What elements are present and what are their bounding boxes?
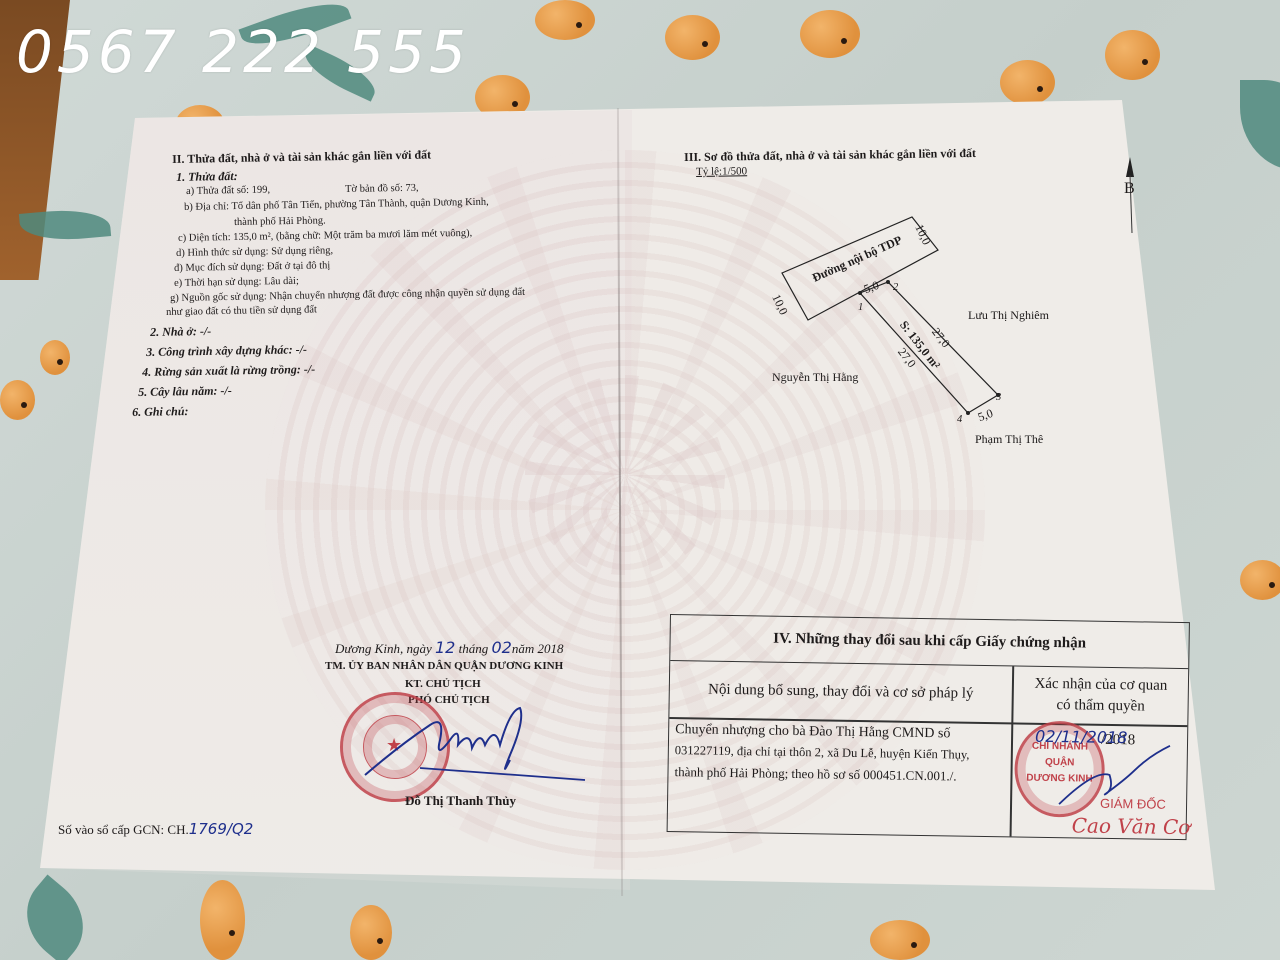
registry-value: 1769/Q2: [189, 820, 254, 838]
drum-star-watermark: [525, 375, 725, 575]
neighbor-left: Nguyễn Thị Hằng: [772, 370, 858, 385]
authority-role-1: KT. CHỦ TỊCH: [405, 678, 481, 690]
parcel-address-city: thành phố Hải Phòng.: [234, 215, 326, 228]
registry-number: Số vào sổ cấp GCN: CH.1769/Q2: [58, 820, 253, 838]
confirmation-role: GIÁM ĐỐC: [1100, 796, 1166, 813]
point-4: 4: [957, 414, 962, 425]
signer-name: Đỗ Thị Thanh Thủy: [405, 793, 516, 809]
orange-fruit-print: [40, 340, 70, 375]
orange-fruit-print: [800, 10, 860, 58]
changes-table-title: IV. Những thay đổi sau khi cấp Giấy chứn…: [670, 615, 1189, 669]
point-2: 2: [893, 282, 898, 293]
signature-do-thi-thanh-thuy: [360, 700, 600, 790]
parcel-heading: 1. Thửa đất:: [176, 169, 238, 185]
phone-watermark: 0567 222 555: [16, 18, 470, 86]
map-sheet-number: Tờ bản đồ số: 73,: [345, 183, 419, 195]
signing-year: năm 2018: [512, 641, 564, 656]
column-header-confirmation-line1: Xác nhận của cơ quan: [1034, 674, 1167, 697]
changes-table: IV. Những thay đổi sau khi cấp Giấy chứn…: [667, 614, 1190, 840]
item-production-forest: 4. Rừng sản xuất là rừng trồng: -/-: [142, 362, 315, 380]
item-notes: 6. Ghi chú:: [132, 404, 189, 420]
confirmation-signer: Cao Văn Cơ: [1072, 813, 1191, 839]
orange-fruit-print: [1000, 60, 1055, 105]
neighbor-back: Phạm Thị Thê: [975, 432, 1043, 447]
orange-fruit-print: [0, 380, 35, 420]
signing-month: 02: [491, 638, 511, 657]
neighbor-right: Lưu Thị Nghiêm: [968, 308, 1049, 323]
signing-month-label: tháng: [459, 641, 489, 656]
map-scale: Tỷ lệ:1/500: [696, 165, 747, 178]
orange-fruit-print: [665, 15, 720, 60]
orange-fruit-print: [350, 905, 392, 960]
column-header-confirmation: Xác nhận của cơ quan có thẩm quyền: [1013, 666, 1188, 725]
confirmation-cell: CHI NHÁNH QUẬN DƯƠNG KINH /2018 02/11/20…: [1014, 728, 1188, 831]
change-entry: Chuyển nhượng cho bà Đào Thị Hằng CMND s…: [674, 719, 1009, 787]
orange-fruit-print: [1240, 560, 1280, 600]
orange-fruit-print: [200, 880, 245, 960]
orange-fruit-print: [870, 920, 930, 960]
signing-day: 12: [435, 638, 455, 657]
parcel-number: a) Thửa đất số: 199,: [186, 185, 270, 197]
column-header-content: Nội dung bổ sung, thay đổi và cơ sở pháp…: [669, 661, 1012, 722]
point-1: 1: [858, 302, 863, 313]
item-house: 2. Nhà ở: -/-: [150, 324, 211, 340]
registry-label: Số vào sổ cấp GCN: CH.: [58, 822, 189, 837]
orange-fruit-print: [1105, 30, 1160, 80]
item-perennial-trees: 5. Cây lâu năm: -/-: [138, 383, 232, 400]
north-label: B: [1124, 180, 1135, 198]
signing-place-prefix: Dương Kinh, ngày: [335, 641, 432, 656]
issuing-authority: TM. ỦY BAN NHÂN DÂN QUẬN DƯƠNG KINH: [325, 660, 563, 672]
point-3: 3: [996, 392, 1001, 403]
usage-term: e) Thời hạn sử dụng: Lâu dài;: [174, 276, 299, 289]
signing-place-date: Dương Kinh, ngày 12 tháng 02năm 2018: [335, 638, 563, 657]
column-header-confirmation-line2: có thẩm quyền: [1056, 695, 1145, 717]
orange-fruit-print: [535, 0, 595, 40]
item-other-construction: 3. Công trình xây dựng khác: -/-: [146, 342, 307, 360]
